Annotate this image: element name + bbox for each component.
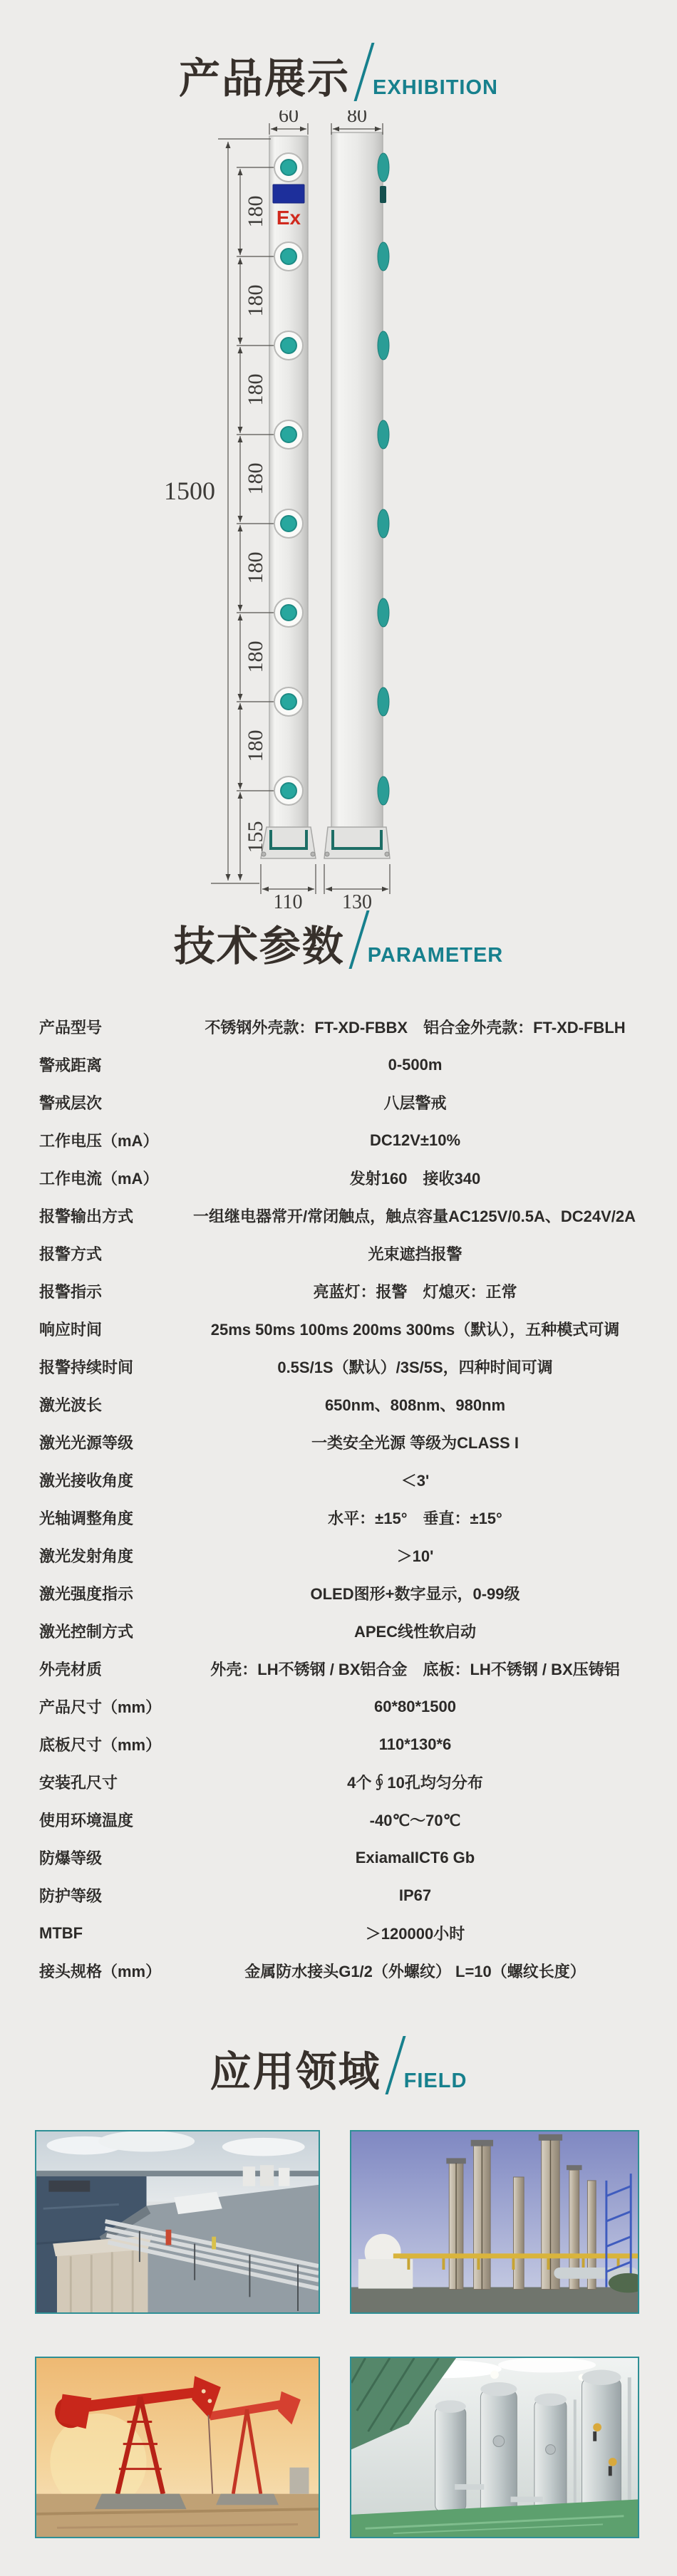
plant-interior-illustration	[351, 2358, 638, 2537]
spec-value: APEC线性软启动	[195, 1620, 636, 1642]
section-title-field-en: FIELD	[404, 2071, 467, 2093]
blue-label-plate	[273, 185, 304, 203]
spec-row: 激光控制方式APEC线性软启动	[0, 1612, 677, 1650]
spec-value: ＞10'	[195, 1544, 636, 1567]
oil-field-pumpjacks-photo	[35, 2357, 320, 2538]
spec-value: -40℃～70℃	[195, 1809, 636, 1831]
dim-spacing-6: 180	[244, 641, 267, 673]
spec-label: 光轴调整角度	[39, 1507, 195, 1529]
spec-value: 外壳：LH不锈钢 / BX铝合金 底板：LH不锈钢 / BX压铸铝	[195, 1658, 636, 1680]
spec-row: 工作电流（mA）发射160 接收340	[0, 1159, 677, 1197]
spec-label: 警戒距离	[39, 1054, 195, 1076]
spec-value: 一类安全光源 等级为CLASS I	[195, 1431, 636, 1453]
section-title-exhibition-zh: 产品展示	[179, 58, 350, 100]
section-title-parameter-zh: 技术参数	[174, 926, 345, 967]
spec-value: 4个∮10孔均匀分布	[195, 1771, 636, 1793]
spec-value: IP67	[195, 1886, 636, 1905]
spec-value: OLED图形+数字显示，0-99级	[195, 1582, 636, 1604]
spec-value: 八层警戒	[195, 1091, 636, 1113]
spec-label: 激光控制方式	[39, 1620, 195, 1642]
dim-spacing-5: 180	[244, 552, 267, 584]
spec-row: 报警方式光束遮挡报警	[0, 1235, 677, 1272]
spec-value: 0-500m	[195, 1056, 636, 1074]
spec-row: 报警指示亮蓝灯：报警 灯熄灭：正常	[0, 1272, 677, 1310]
section-title-parameter: 技术参数 PARAMETER	[0, 906, 677, 967]
dim-spacing-7: 180	[244, 730, 267, 762]
spec-row: 使用环境温度-40℃～70℃	[0, 1801, 677, 1839]
slash-divider-icon	[348, 910, 369, 969]
spec-row: 报警输出方式一组继电器常开/常闭触点，触点容量AC125V/0.5A、DC24V…	[0, 1197, 677, 1235]
dim-front-width: 60	[279, 110, 299, 127]
spec-value: 650nm、808nm、980nm	[195, 1393, 636, 1416]
application-photo-grid	[35, 2130, 642, 2538]
spec-row: 响应时间25ms 50ms 100ms 200ms 300ms（默认），五种模式…	[0, 1310, 677, 1348]
spec-row: 外壳材质外壳：LH不锈钢 / BX铝合金 底板：LH不锈钢 / BX压铸铝	[0, 1650, 677, 1688]
spec-row: 激光波长650nm、808nm、980nm	[0, 1386, 677, 1423]
spec-label: 激光接收角度	[39, 1469, 195, 1491]
spec-row: 防爆等级ExiamaIICT6 Gb	[0, 1839, 677, 1876]
spec-label: MTBF	[39, 1924, 195, 1943]
spec-value: DC12V±10%	[195, 1131, 636, 1150]
stainless-plant-interior-photo	[350, 2357, 639, 2538]
spec-label: 底板尺寸（mm）	[39, 1733, 195, 1755]
section-title-exhibition: 产品展示 EXHIBITION	[0, 38, 677, 100]
spec-table: 产品型号不锈钢外壳款：FT-XD-FBBX 铝合金外壳款：FT-XD-FBLH …	[0, 1008, 677, 1990]
spec-value: 金属防水接头G1/2（外螺纹） L=10（螺纹长度）	[195, 1960, 636, 1982]
harbor-pipelines-photo	[35, 2130, 320, 2314]
spec-row: 光轴调整角度水平：±15° 垂直：±15°	[0, 1499, 677, 1537]
spec-label: 激光强度指示	[39, 1582, 195, 1604]
spec-value: 60*80*1500	[195, 1698, 636, 1716]
spec-row: 底板尺寸（mm）110*130*6	[0, 1725, 677, 1763]
spec-row: 警戒层次八层警戒	[0, 1084, 677, 1121]
spec-value: 110*130*6	[195, 1735, 636, 1754]
spec-value: 不锈钢外壳款：FT-XD-FBBX 铝合金外壳款：FT-XD-FBLH	[195, 1016, 636, 1038]
spec-label: 防护等级	[39, 1884, 195, 1906]
spec-label: 安装孔尺寸	[39, 1771, 195, 1793]
spec-row: 警戒距离0-500m	[0, 1046, 677, 1084]
spec-label: 工作电流（mA）	[39, 1167, 195, 1189]
spec-label: 激光波长	[39, 1393, 195, 1416]
chemical-plant-towers-photo	[350, 2130, 639, 2314]
spec-row: 接头规格（mm）金属防水接头G1/2（外螺纹） L=10（螺纹长度）	[0, 1952, 677, 1990]
dim-spacing-2: 180	[244, 285, 267, 317]
spec-value: ＞120000小时	[195, 1922, 636, 1944]
spec-label: 外壳材质	[39, 1658, 195, 1680]
spec-row: 产品型号不锈钢外壳款：FT-XD-FBBX 铝合金外壳款：FT-XD-FBLH	[0, 1008, 677, 1046]
spec-row: 产品尺寸（mm）60*80*1500	[0, 1688, 677, 1725]
spec-label: 激光发射角度	[39, 1544, 195, 1567]
spec-row: 激光强度指示OLED图形+数字显示，0-99级	[0, 1574, 677, 1612]
spec-value: 0.5S/1S（默认）/3S/5S，四种时间可调	[195, 1356, 636, 1378]
dim-side-width: 80	[347, 110, 367, 127]
product-dimension-drawing: Ex	[0, 110, 677, 912]
harbor-pipelines-illustration	[36, 2131, 319, 2312]
dim-overall-height: 1500	[164, 477, 215, 505]
section-title-field-zh: 应用领域	[210, 2052, 381, 2093]
spec-label: 警戒层次	[39, 1091, 195, 1113]
spec-value: 水平：±15° 垂直：±15°	[195, 1507, 636, 1529]
spec-value: 发射160 接收340	[195, 1167, 636, 1189]
section-title-exhibition-en: EXHIBITION	[373, 78, 498, 100]
chemical-plant-illustration	[351, 2131, 638, 2312]
spec-row: MTBF＞120000小时	[0, 1914, 677, 1952]
section-title-parameter-en: PARAMETER	[368, 945, 504, 967]
spec-label: 使用环境温度	[39, 1809, 195, 1831]
spec-label: 防爆等级	[39, 1847, 195, 1869]
spec-label: 报警指示	[39, 1280, 195, 1302]
spec-value: ExiamaIICT6 Gb	[195, 1849, 636, 1867]
dim-spacing-4: 180	[244, 463, 267, 495]
spec-label: 激光光源等级	[39, 1431, 195, 1453]
dim-spacing-3: 180	[244, 374, 267, 406]
side-view-bar	[324, 133, 390, 858]
dim-bottom-offset: 155	[244, 821, 267, 853]
dim-spacing-1: 180	[244, 196, 267, 228]
spec-value: 光束遮挡报警	[195, 1242, 636, 1264]
spec-value: ＜3'	[195, 1469, 636, 1491]
spec-value: 一组继电器常开/常闭触点，触点容量AC125V/0.5A、DC24V/2A	[193, 1205, 636, 1227]
oil-pumpjacks-illustration	[36, 2358, 319, 2537]
section-title-field: 应用领域 FIELD	[0, 2032, 677, 2093]
spec-label: 报警持续时间	[39, 1356, 195, 1378]
spec-row: 安装孔尺寸4个∮10孔均匀分布	[0, 1763, 677, 1801]
spec-row: 激光发射角度＞10'	[0, 1537, 677, 1574]
spec-row: 工作电压（mA）DC12V±10%	[0, 1121, 677, 1159]
spec-label: 产品尺寸（mm）	[39, 1695, 195, 1718]
spec-value: 25ms 50ms 100ms 200ms 300ms（默认），五种模式可调	[195, 1318, 636, 1340]
spec-value: 亮蓝灯：报警 灯熄灭：正常	[195, 1280, 636, 1302]
spec-label: 报警方式	[39, 1242, 195, 1264]
ex-mark: Ex	[277, 207, 301, 229]
spec-row: 激光光源等级一类安全光源 等级为CLASS I	[0, 1423, 677, 1461]
product-page: 产品展示 EXHIBITION	[0, 0, 677, 2576]
slash-divider-icon	[353, 43, 374, 101]
slash-divider-icon	[385, 2036, 405, 2094]
spec-label: 报警输出方式	[39, 1205, 193, 1227]
spec-label: 产品型号	[39, 1016, 195, 1038]
spec-label: 响应时间	[39, 1318, 195, 1340]
spec-row: 激光接收角度＜3'	[0, 1461, 677, 1499]
spec-row: 报警持续时间0.5S/1S（默认）/3S/5S，四种时间可调	[0, 1348, 677, 1386]
spec-label: 工作电压（mA）	[39, 1129, 195, 1151]
spec-row: 防护等级IP67	[0, 1876, 677, 1914]
spec-label: 接头规格（mm）	[39, 1960, 195, 1982]
